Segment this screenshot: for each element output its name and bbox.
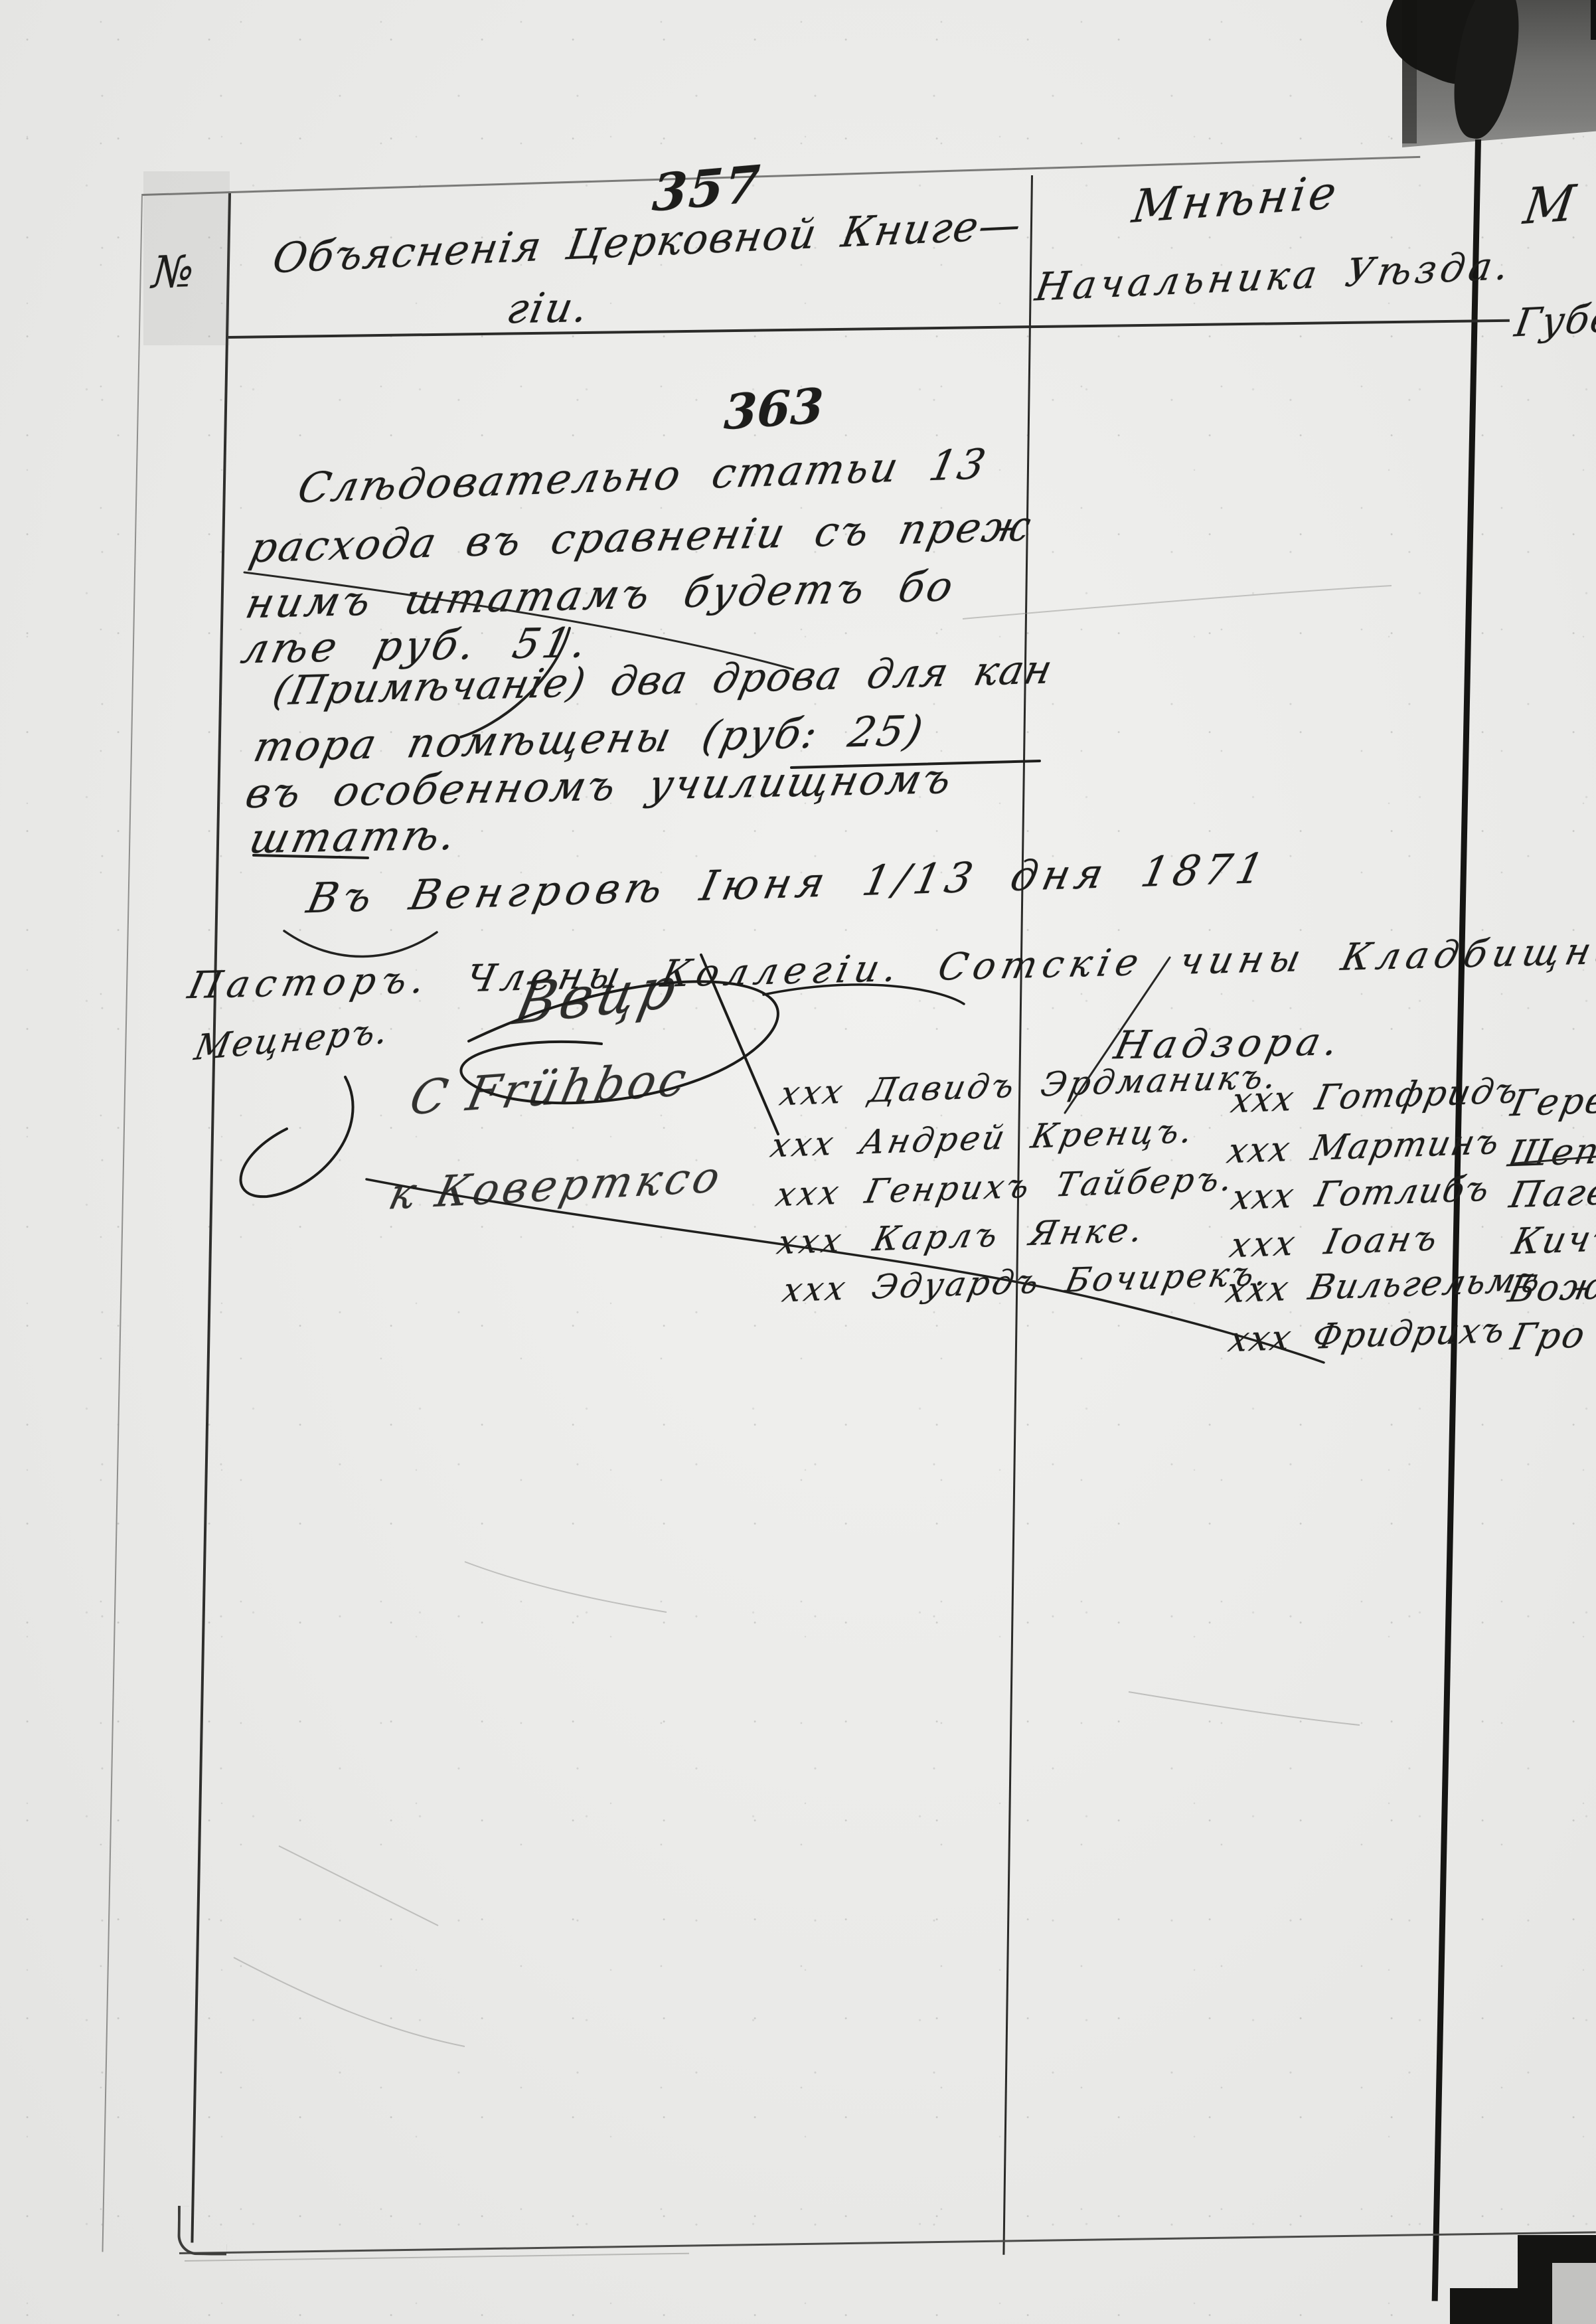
scratch-mark <box>465 1562 667 1612</box>
opinion-column-title-line2: Начальника Уѣзда. <box>1032 242 1516 309</box>
col-no-header-label: № <box>151 246 196 298</box>
signature-member-2: C Frühboс <box>405 1051 694 1126</box>
explanations-column-title-line2: гіи. <box>503 283 594 333</box>
governor-column-title-line2: Губерн <box>1512 292 1596 346</box>
witness-col2-row: xxx Іоанъ <box>1226 1218 1443 1266</box>
witness-col1-row: xxx Эдуардъ Бочирекъ. <box>779 1254 1274 1309</box>
explanations-column-title-line1: Объясненія Церковной Книге— <box>270 200 1026 283</box>
entry-number: 363 <box>723 377 825 441</box>
witness-col2-row: xxx Фридрихъ <box>1225 1310 1510 1360</box>
scratch-mark <box>234 1957 465 2046</box>
scratch-mark <box>279 1846 438 1926</box>
governor-column-title-line1: М <box>1520 175 1579 236</box>
paragraph-line: нимъ штатамъ будетъ бо <box>242 562 961 627</box>
witness-col3-partial: Шеп <box>1505 1129 1596 1175</box>
witness-col3-partial: Герва <box>1508 1078 1596 1125</box>
witness-col2-row: xxx Мартинъ <box>1224 1122 1504 1172</box>
opinion-column-title-line1: Мнѣніе <box>1129 166 1343 234</box>
paragraph-line: штатѣ. <box>245 811 463 863</box>
page-corner-curve <box>177 2206 227 2256</box>
witness-col3-partial: Боже <box>1505 1264 1596 1311</box>
witness-col3-partial: Кичъ <box>1509 1216 1596 1262</box>
signature-member-3: к Ковертксо <box>384 1153 729 1220</box>
witness-col1-row: xxx Андрей Кренцъ. <box>767 1112 1199 1165</box>
witness-col1-row: xxx Генрихъ Тайберъ. <box>773 1159 1239 1214</box>
no-column-divider <box>191 193 231 2243</box>
roles-line: Пасторъ. Члены Коллегіи. Сотскіе чины Кл… <box>184 928 1596 1007</box>
witness-col1-row: xxx Карлъ Янке. <box>774 1210 1150 1262</box>
film-corner-notch <box>1552 2263 1596 2324</box>
witness-col1-row: xxx Давидъ Эрдманикъ. <box>777 1057 1283 1114</box>
header-separator-rule <box>228 319 1510 339</box>
scanned-document-page: 357 № Объясненія Церковной Книге— гіи. М… <box>0 0 1596 2324</box>
witness-col3-partial: Пагел <box>1506 1169 1596 1216</box>
film-right-edge-strip <box>1591 0 1596 40</box>
signature-flourish <box>241 1077 353 1197</box>
film-left-edge-strip <box>1402 0 1417 143</box>
paragraph-line: расхода въ сравненіи съ преж <box>246 501 1037 572</box>
signature-pastor: Мецнеръ. <box>191 1011 394 1068</box>
table-left-border <box>102 194 143 2252</box>
page-bottom-edge-faint <box>185 2253 689 2262</box>
flourish-stroke <box>284 931 437 957</box>
witness-col3-partial: Гро <box>1508 1313 1591 1358</box>
paragraph-line: Слѣдовательно статьи 13 <box>293 440 991 513</box>
page-bottom-edge <box>179 2231 1596 2254</box>
film-black-corner <box>1450 2288 1524 2324</box>
scratch-mark <box>1129 1692 1360 1725</box>
